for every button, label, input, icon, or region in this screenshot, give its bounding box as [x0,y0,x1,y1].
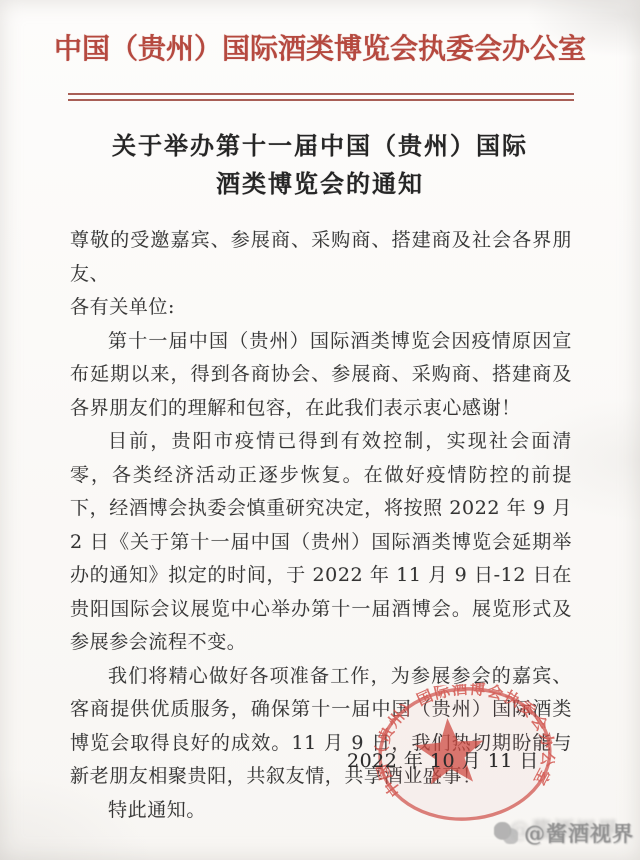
body-paragraph-1: 第十一届中国（贵州）国际酒类博览会因疫情原因宣布延期以来，得到各商协会、参展商、… [70,325,572,426]
issue-date: 2022 年 10 月 11 日 [347,746,539,773]
letterhead-divider [68,93,574,101]
notice-title-line1: 关于举办第十一届中国（贵州）国际 [0,127,640,165]
notice-title: 关于举办第十一届中国（贵州）国际 酒类博览会的通知 [0,127,640,203]
letterhead-office-name: 中国（贵州）国际酒类博览会执委会办公室 [0,24,640,74]
watermark: @酱酒视界 [494,818,634,848]
notice-title-line2: 酒类博览会的通知 [0,165,640,203]
watermark-text: @酱酒视界 [524,818,634,848]
body-paragraph-2: 目前，贵阳市疫情已得到有效控制，实现社会面清零，各类经济活动正逐步恢复。在做好疫… [70,425,572,660]
salutation-line1: 尊敬的受邀嘉宾、参展商、采购商、搭建商及社会各界朋友、 [70,224,572,291]
watermark-logo-icon [494,822,518,844]
salutation-line2: 各有关单位: [70,291,572,325]
document-page: 中国（贵州）国际酒类博览会执委会办公室 关于举办第十一届中国（贵州）国际 酒类博… [0,0,640,860]
